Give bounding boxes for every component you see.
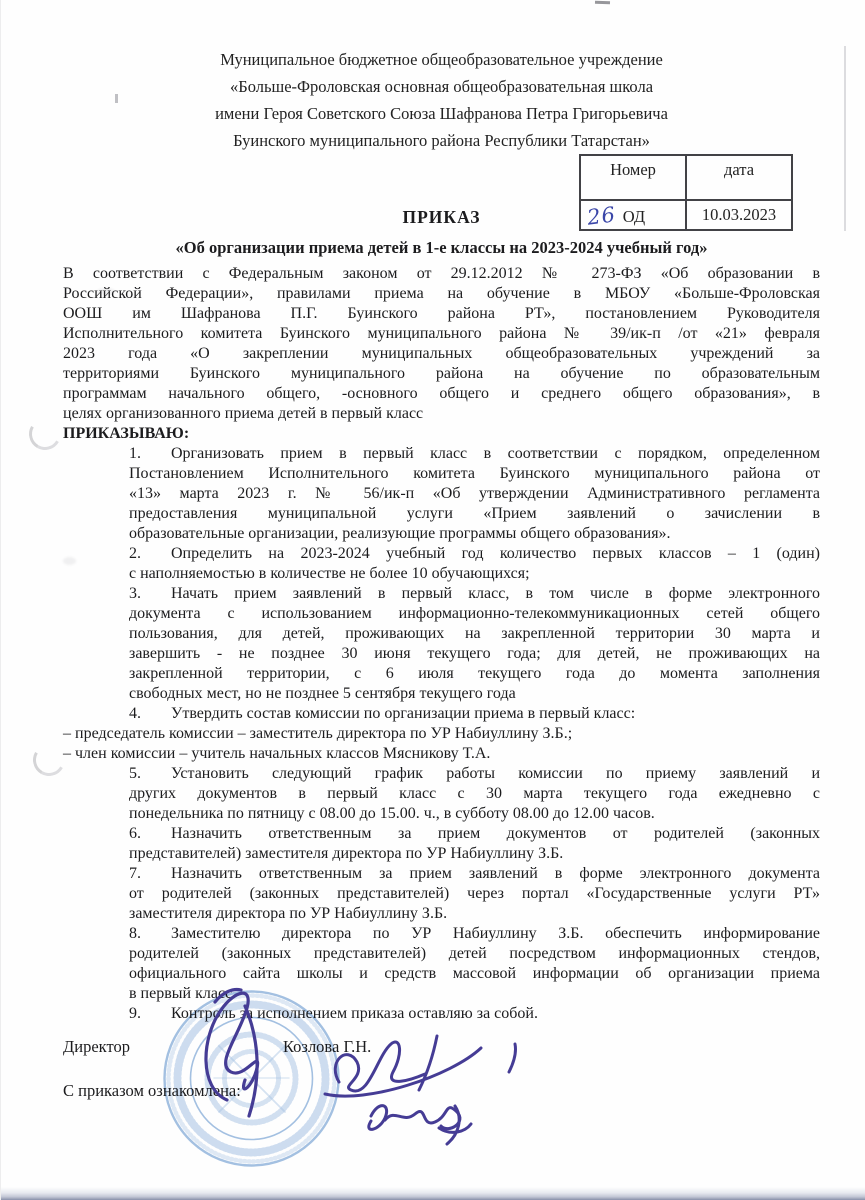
text-line: 8.Заместителю директора по УР Набиуллину… (129, 924, 820, 944)
item-text: Начать прием заявлений в первый класс, в… (171, 585, 820, 602)
order-date-cell: 10.03.2023 (686, 200, 792, 230)
item-text: Установить следующий график работы комис… (171, 765, 820, 782)
table-row: 26ОД 10.03.2023 (580, 200, 792, 230)
text-line: Исполнительного комитета Буинского муниц… (63, 324, 820, 344)
org-header-line: имени Героя Советского Союза Шафранова П… (63, 100, 820, 127)
item-number: 3. (129, 584, 171, 604)
director-signature-ink (175, 972, 315, 1127)
handwritten-order-number: 26 (586, 202, 617, 229)
text-line: родителей (законных представителей) дете… (129, 944, 820, 964)
orders-label: ПРИКАЗЫВАЮ: (63, 424, 820, 444)
text-line: Российской Федерации», правилами приема … (63, 284, 820, 304)
scan-speck (115, 94, 118, 103)
order-number-suffix: ОД (623, 207, 645, 226)
item-number: 1. (129, 444, 171, 464)
organization-header: Муниципальное бюджетное общеобразователь… (63, 46, 820, 154)
text-line: Постановлением Исполнительного комитета … (129, 464, 820, 484)
item-number: 6. (129, 824, 171, 844)
text-line: образовательные организации, реализующие… (129, 524, 820, 544)
date-column-header: дата (686, 155, 792, 200)
document-body: В соответствии с Федеральным законом от … (63, 264, 820, 1024)
order-item-2: 2.Определить на 2023-2024 учебный год ко… (129, 544, 820, 584)
text-line: целях организованного приема детей в пер… (63, 404, 820, 424)
text-line: В соответствии с Федеральным законом от … (63, 264, 820, 284)
text-line: 5.Установить следующий график работы ком… (129, 764, 820, 784)
item-text: Назначить ответственным за прием докумен… (171, 825, 820, 842)
text-line: 3.Начать прием заявлений в первый класс,… (129, 584, 820, 604)
order-item-4: 4.Утвердить состав комиссии по организац… (129, 704, 820, 724)
text-line: 1.Организовать прием в первый класс в со… (129, 444, 820, 464)
text-line: 4.Утвердить состав комиссии по организац… (129, 704, 820, 724)
item-number: 5. (129, 764, 171, 784)
item-text: Назначить ответственным за прием заявлен… (171, 865, 820, 882)
item-text: Организовать прием в первый класс в соот… (171, 445, 820, 462)
commission-member: – член комиссии – учитель начальных клас… (63, 744, 820, 764)
text-line: программам начального общего, -основного… (63, 384, 820, 404)
registration-table: Номер дата 26ОД 10.03.2023 (579, 154, 793, 231)
order-item-1: 1.Организовать прием в первый класс в со… (129, 444, 820, 544)
text-line: других документов в первый класс с 30 ма… (129, 784, 820, 804)
scan-smudge (63, 557, 76, 565)
scan-smudge (97, 288, 115, 295)
item-text: Заместителю директора по УР Набиуллину З… (171, 925, 820, 942)
text-line: от родителей (законных представителей) ч… (129, 884, 820, 904)
order-item-6: 6.Назначить ответственным за прием докум… (129, 824, 820, 864)
punch-hole-crescent-mark (25, 414, 64, 453)
scanned-order-page: Муниципальное бюджетное общеобразователь… (0, 0, 865, 1200)
text-line: 2.Определить на 2023-2024 учебный год ко… (129, 544, 820, 564)
org-header-line: Буинского муниципального района Республи… (63, 127, 820, 154)
org-header-line: Муниципальное бюджетное общеобразователь… (63, 46, 820, 73)
order-item-7: 7.Назначить ответственным за прием заявл… (129, 864, 820, 924)
item-text: Определить на 2023-2024 учебный год коли… (171, 545, 820, 562)
signature-area: ДиректорКозлова Г.Н. С приказом ознакомл… (63, 1036, 820, 1200)
text-line: заместителя директора по УР Набиуллину З… (129, 904, 820, 924)
item-number: 4. (129, 704, 171, 724)
org-header-line: «Больше-Фроловская основная общеобразова… (63, 73, 820, 100)
text-line: ООШ им Шафранова П.Г. Буинского района Р… (63, 304, 820, 324)
text-line: предоставления муниципальной услуги «При… (129, 504, 820, 524)
order-number-cell: 26ОД (580, 200, 686, 230)
page-bottom-scan-edge (1, 1187, 865, 1200)
text-line: представителей) заместителя директора по… (129, 844, 820, 864)
text-line: документа с использованием информационно… (129, 604, 820, 624)
text-line: «13» марта 2023 г. № 56/ик-п «Об утвержд… (129, 484, 820, 504)
intro-paragraph: В соответствии с Федеральным законом от … (63, 264, 820, 424)
text-line: понедельника по пятницу с 08.00 до 15.00… (129, 804, 820, 824)
text-line: 2023 года «О закреплении муниципальных о… (63, 344, 820, 364)
table-row: Номер дата (580, 155, 792, 200)
scan-edge-line (844, 46, 846, 231)
item-number: 8. (129, 924, 171, 944)
text-line: 7.Назначить ответственным за прием заявл… (129, 864, 820, 884)
order-item-3: 3.Начать прием заявлений в первый класс,… (129, 584, 820, 704)
text-line: свободных мест, но не позднее 5 сентября… (129, 684, 820, 704)
text-line: завершить - не позднее 30 июня текущего … (129, 644, 820, 664)
text-line: пользования, для детей, проживающих на з… (129, 624, 820, 644)
item-number: 7. (129, 864, 171, 884)
item-number: 2. (129, 544, 171, 564)
text-line: с наполняемостью в количестве не более 1… (129, 564, 820, 584)
document-subject: «Об организации приема детей в 1-е класс… (63, 237, 820, 259)
order-item-5: 5.Установить следующий график работы ком… (129, 764, 820, 824)
item-text: Утвердить состав комиссии по организации… (171, 705, 635, 722)
commission-member-chair: – председатель комиссии – заместитель ди… (63, 724, 820, 744)
text-line: территориями Буинского муниципального ра… (63, 364, 820, 384)
scan-speck (595, 1, 610, 5)
acknowledgement-signatures-ink (319, 1028, 534, 1158)
text-line: 6.Назначить ответственным за прием докум… (129, 824, 820, 844)
number-column-header: Номер (580, 155, 686, 200)
text-line: закрепленной территории, с 6 июля текуще… (129, 664, 820, 684)
